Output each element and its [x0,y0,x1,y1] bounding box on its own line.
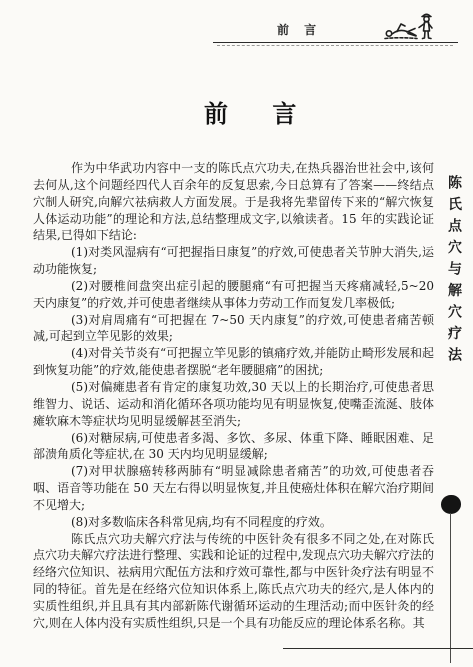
header-rule-dashed [217,45,453,46]
body-paragraph: (5)对偏瘫患者有肯定的康复功效,30 天以上的长期治疗,可使患者思维智力、说话… [33,379,434,430]
preface-body: 作为中华武功内容中一支的陈氏点穴功夫,在热兵器治世社会中,该何去何从,这个问题经… [33,160,434,632]
body-paragraph: 作为中华武功内容中一支的陈氏点穴功夫,在热兵器治世社会中,该何去何从,这个问题经… [33,160,434,244]
header-rule [213,42,458,43]
body-paragraph: (2)对腰椎间盘突出症引起的腰腿痛“有可把握当天疼痛减轻,5~20 天内康复”的… [33,278,434,312]
body-paragraph: (1)对类风湿病有“可把握指日康复”的疗效,可使患者关节肿大消失,运动功能恢复; [33,244,434,278]
side-title-vertical: 陈氏点穴与解穴疗法 [444,175,464,375]
footer-rule [283,648,473,649]
body-paragraph: (8)对多数临床各科常见病,均有不同程度的疗效。 [33,514,434,531]
body-paragraph: (4)对骨关节炎有“可把握立竿见影的镇痛疗效,并能防止畸形发展和起到恢复功能”的… [33,345,434,379]
martial-arts-figures-illustration [382,11,439,42]
body-paragraph: (3)对肩周痛有“可把握在 7~50 天内康复”的疗效,可使患者痛苦顿减,可起到… [33,312,434,346]
body-paragraph: (7)对甲状腺癌转移两肺有“明显减除患者痛苦”的功效,可使患者吞咽、语音等功能在… [33,463,434,514]
body-paragraph: 陈氏点穴功夫解穴疗法与传统的中医针灸有很多不同之处,在对陈氏点穴功夫解穴疗法进行… [33,531,434,632]
running-header-title: 前 言 [277,21,317,38]
page-title: 前 言 [204,94,297,129]
side-rule-vertical [450,513,451,663]
section-marker-dot [441,495,461,514]
body-paragraph: (6)对糖尿病,可使患者多渴、多饮、多尿、体重下降、睡眠困难、足部溃角质化等症状… [33,430,434,464]
book-page: 前 言 前 言 作为中华武功内容中一支的陈氏点穴功夫,在热兵器治世社会中,该何去… [0,0,473,667]
